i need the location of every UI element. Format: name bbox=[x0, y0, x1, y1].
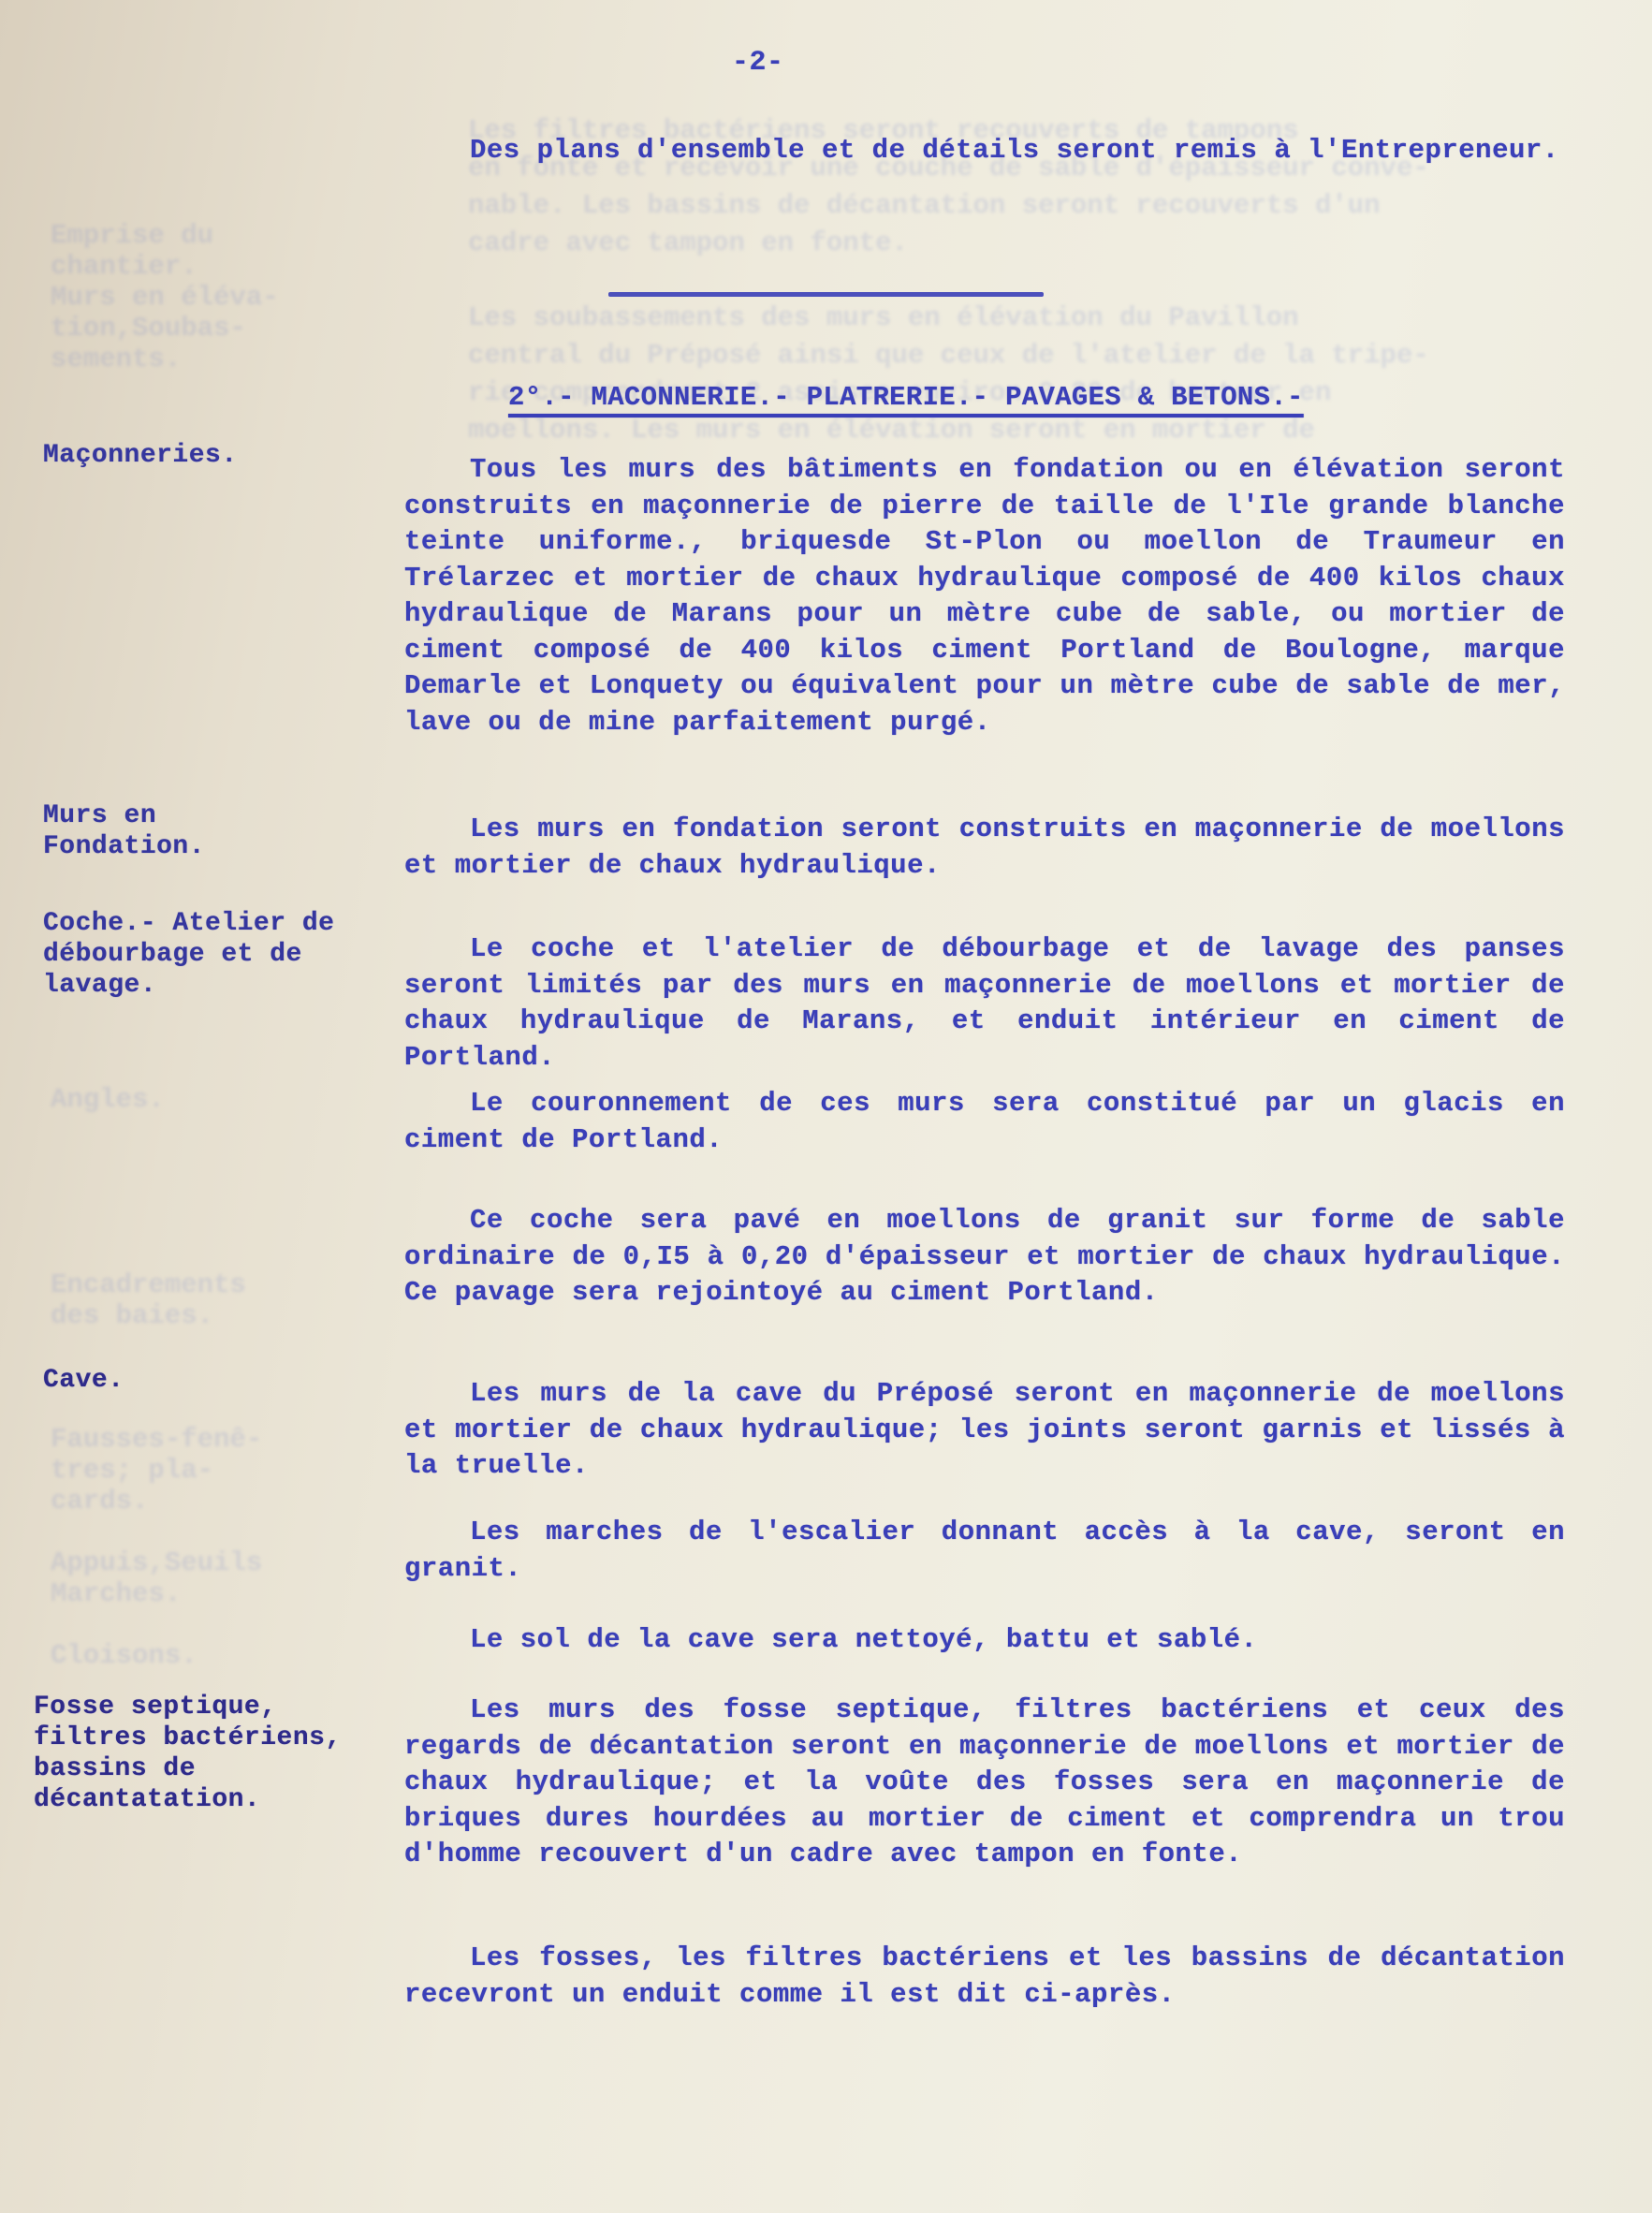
section-heading: 2°.- MACONNERIE.- PLATRERIE.- PAVAGES & … bbox=[508, 382, 1304, 413]
margin-note-murs-fondation: Murs en Fondation. bbox=[43, 800, 324, 862]
paragraph-fosse-septique: Les murs des fosse septique, filtres bac… bbox=[404, 1693, 1565, 1873]
paragraph-murs-fondation: Les murs en fondation seront construits … bbox=[404, 812, 1565, 884]
paragraph-pavage: Ce coche sera pavé en moellons de granit… bbox=[404, 1203, 1565, 1312]
margin-note-cave: Cave. bbox=[43, 1365, 371, 1396]
paragraph-sol-cave: Le sol de la cave sera nettoyé, battu et… bbox=[404, 1622, 1565, 1659]
margin-note-coche: Coche.- Atelier de débourbage et de lava… bbox=[43, 908, 361, 1001]
margin-note-maconneries: Maçonneries. bbox=[43, 440, 371, 471]
paragraph-enduit-fosses: Les fosses, les filtres bactériens et le… bbox=[404, 1941, 1565, 2013]
paragraph-couronnement: Le couronnement de ces murs sera constit… bbox=[404, 1086, 1565, 1158]
typewritten-page: Les filtres bactériens seront recouverts… bbox=[0, 0, 1652, 2213]
bleed-through-margin: Emprise du chantier. Murs en éléva- tion… bbox=[51, 220, 279, 374]
paragraph-cave-murs: Les murs de la cave du Préposé seront en… bbox=[404, 1376, 1565, 1485]
page-number: -2- bbox=[732, 47, 784, 79]
intro-paragraph: Des plans d'ensemble et de détails seron… bbox=[404, 133, 1565, 169]
paragraph-escalier: Les marches de l'escalier donnant accès … bbox=[404, 1515, 1565, 1587]
divider-rule bbox=[608, 292, 1044, 297]
paragraph-coche: Le coche et l'atelier de débourbage et d… bbox=[404, 931, 1565, 1076]
margin-note-fosse-septique: Fosse septique, filtres bactériens, bass… bbox=[34, 1692, 352, 1815]
paragraph-maconneries: Tous les murs des bâtiments en fondation… bbox=[404, 452, 1565, 740]
